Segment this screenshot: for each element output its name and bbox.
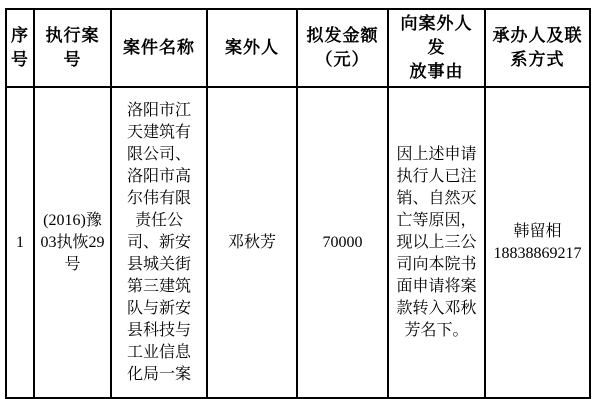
header-cell-reason: 向案外人发 放事由: [388, 9, 485, 87]
case-payment-table: 序 号 执行案号 案件名称 案外人 拟发金额 （元） 向案外人发 放事由 承办人…: [5, 8, 591, 399]
header-cell-handler: 承办人及联 系方式: [485, 9, 590, 87]
handler-name: 韩留相: [513, 223, 561, 240]
table-header-row: 序 号 执行案号 案件名称 案外人 拟发金额 （元） 向案外人发 放事由 承办人…: [6, 9, 590, 87]
handler-phone: 18838869217: [494, 245, 582, 262]
cell-reason: 因上述申请 执行人已注 销、自然灭 亡等原因， 现以上三公 司向本院书 面申请将…: [388, 87, 485, 398]
cell-index: 1: [6, 87, 34, 398]
document-page: 序 号 执行案号 案件名称 案外人 拟发金额 （元） 向案外人发 放事由 承办人…: [0, 0, 593, 399]
header-cell-case-no: 执行案号: [34, 9, 111, 87]
cell-amount: 70000: [297, 87, 388, 398]
header-cell-index: 序 号: [6, 9, 34, 87]
cell-handler: 韩留相 18838869217: [485, 87, 590, 398]
header-cell-case-name: 案件名称: [111, 9, 207, 87]
cell-case-no: (2016)豫 03执恢29 号: [34, 87, 111, 398]
header-cell-outsider: 案外人: [207, 9, 297, 87]
cell-outsider: 邓秋芳: [207, 87, 297, 398]
cell-case-name: 洛阳市江 天建筑有 限公司、 洛阳市高 尔伟有限 责任公 司、新安 县城关街 第…: [111, 87, 207, 398]
header-cell-amount: 拟发金额 （元）: [297, 9, 388, 87]
table-row: 1 (2016)豫 03执恢29 号 洛阳市江 天建筑有 限公司、 洛阳市高 尔…: [6, 87, 590, 398]
